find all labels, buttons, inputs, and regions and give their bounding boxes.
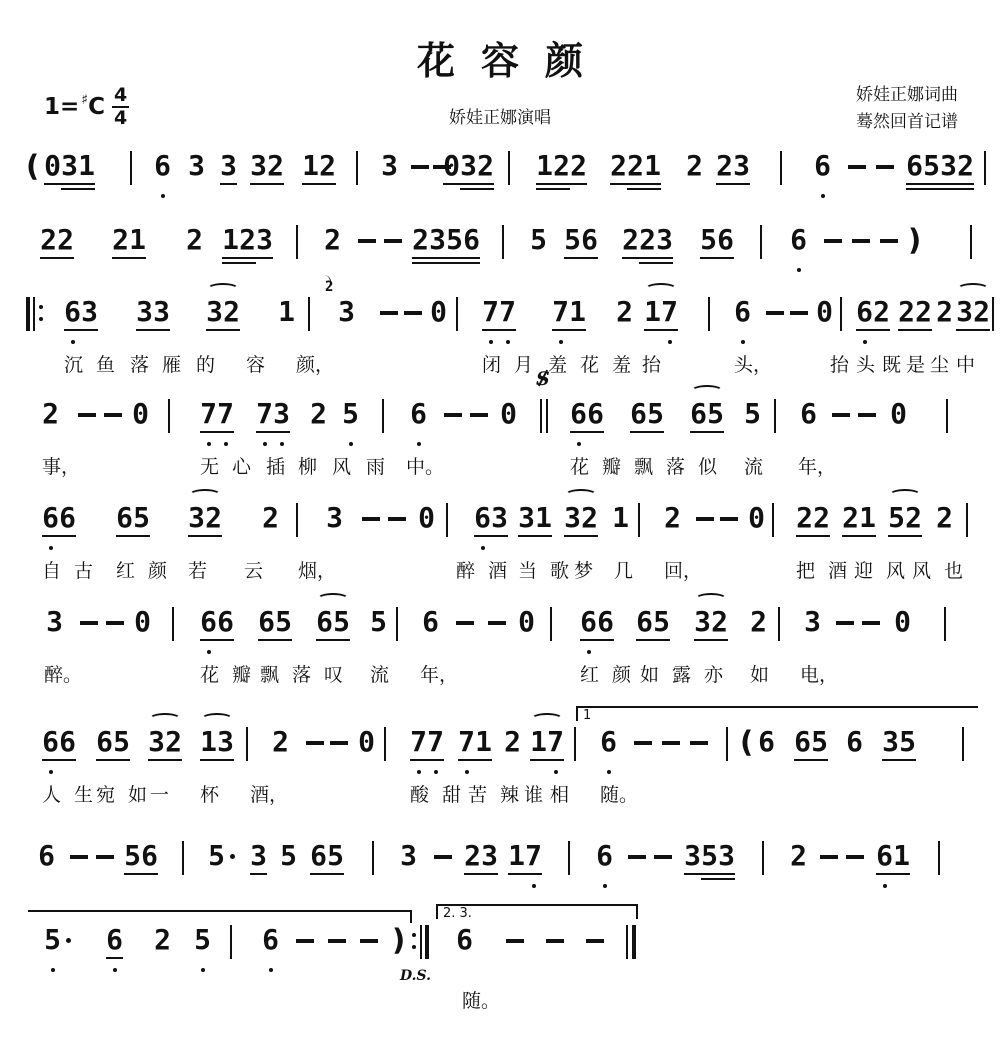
note-digit: 0 (358, 726, 375, 758)
note-digit: 1 (508, 840, 525, 872)
beam-line (256, 431, 290, 433)
note-digit: 6 (906, 150, 923, 182)
lyric-syllable: 年， (798, 452, 836, 479)
note-digit: 0 (500, 398, 517, 430)
note-digit: 3 (136, 296, 153, 328)
dash-stroke (766, 311, 784, 315)
barline-stroke (308, 297, 310, 331)
beam-line (716, 183, 750, 185)
beam-line (564, 535, 598, 537)
beam-line (622, 257, 673, 259)
slur-arc (189, 489, 221, 501)
note-group: 2356 (412, 224, 480, 256)
low-octave-dot (863, 340, 867, 344)
lyric-syllable: 谁 (524, 780, 543, 807)
note-digits: 3 (46, 606, 63, 638)
barline-stroke (246, 727, 248, 761)
dash-stroke (846, 855, 864, 859)
lyric-syllable: 尘 (930, 350, 949, 377)
lyric-syllable: 古 (74, 556, 93, 583)
note-group: 33 (136, 296, 170, 328)
note-digit: 7 (217, 398, 234, 430)
note-digit: 3 (256, 224, 273, 256)
note-digit: 3 (491, 502, 508, 534)
segno-slash (538, 370, 548, 387)
note-digit: 2 (165, 726, 182, 758)
note-digit: 2 (898, 296, 915, 328)
note-group: 32 (694, 606, 728, 638)
note-digits: 5 (744, 398, 761, 430)
note-digits: 2356 (412, 224, 480, 256)
barline-stroke (760, 225, 762, 259)
note-digit: 7 (525, 840, 542, 872)
note-digit: 6 (800, 398, 817, 430)
beam-line (44, 183, 95, 185)
note-digits: 22 (40, 224, 74, 256)
note-digits: 56 (700, 224, 734, 256)
note-digit: 2 (223, 296, 240, 328)
credit-words-music: 娇娃正娜词曲 (856, 82, 958, 109)
note-digit: 2 (570, 150, 587, 182)
note-digits: 63 (64, 296, 98, 328)
note-group: 3 (188, 150, 205, 182)
volta-extension-line (28, 910, 412, 923)
lyric-syllable: 瓣 (232, 660, 251, 687)
note-digit: 0 (132, 398, 149, 430)
note-digit: 2 (553, 150, 570, 182)
lyric-syllable: 飘 (634, 452, 653, 479)
note-digit: 5 (280, 840, 297, 872)
beam-line (536, 183, 587, 185)
dash-stroke (456, 621, 474, 625)
note-digits: 6 (38, 840, 55, 872)
dash-stroke (296, 939, 314, 943)
lyric-syllable: 如 (750, 660, 769, 687)
note-digits: 6 (410, 398, 427, 430)
low-octave-dot (280, 442, 284, 446)
note-group: 21 (112, 224, 146, 256)
low-octave-dot (49, 770, 53, 774)
note-digit: 6 (790, 224, 807, 256)
note-digits: 3 (220, 150, 237, 182)
note-digits: 123 (222, 224, 273, 256)
note-group: 2 (272, 726, 289, 758)
note-digits: 031 (44, 150, 95, 182)
low-octave-dot (741, 340, 745, 344)
note-group: 6 (846, 726, 863, 758)
parenthesis: ( (740, 726, 753, 758)
low-octave-dot (417, 770, 421, 774)
note-digits: 2 (262, 502, 279, 534)
beam-line (116, 535, 150, 537)
note-digit: 5 (124, 840, 141, 872)
beam-line-2 (906, 188, 974, 190)
note-digit: 3 (273, 398, 290, 430)
beam-line (700, 257, 734, 259)
note-digits: 2 (154, 924, 171, 956)
note-digit: 1 (530, 726, 547, 758)
barline-stroke (296, 503, 298, 537)
lyric-syllable: 酒 (488, 556, 507, 583)
note-group: 2 (262, 502, 279, 534)
note-digits: 2 (42, 398, 59, 430)
note-digits: 12 (302, 150, 336, 182)
note-group: 0 (134, 606, 151, 638)
lyric-syllable: 红 (116, 556, 135, 583)
note-digit: 5 (564, 224, 581, 256)
note-digit: 5 (208, 840, 225, 872)
note-digit: 2 (750, 606, 767, 638)
note-group: 0 (430, 296, 447, 328)
note-group: 35 (882, 726, 916, 758)
note-group: 0 (418, 502, 435, 534)
lyric-syllable: 事， (42, 452, 80, 479)
slur-arc (207, 283, 239, 295)
repeat-dot (412, 933, 416, 937)
note-digit: 3 (250, 840, 267, 872)
beam-line (136, 329, 170, 331)
note-digit: 7 (200, 398, 217, 430)
barline-stroke (372, 841, 374, 875)
note-group: 77 (482, 296, 516, 328)
lyric-syllable: 月 (514, 350, 533, 377)
dash-stroke (696, 517, 714, 521)
note-group: 65 (116, 502, 150, 534)
note-group: 21 (842, 502, 876, 534)
note-digit: 3 (733, 150, 750, 182)
note-digits: 1 (612, 502, 629, 534)
credit-transcriber: 蓦然回首记谱 (856, 109, 958, 136)
volta-label: 2. 3. (443, 906, 472, 921)
lyric-syllable: 风 (912, 556, 931, 583)
note-digit: 5 (194, 924, 211, 956)
note-digit: 6 (422, 606, 439, 638)
note-group: 12 (302, 150, 336, 182)
note-digits: 21 (842, 502, 876, 534)
beam-line (458, 759, 492, 761)
note-digits: 32 (564, 502, 598, 534)
dash-stroke (654, 855, 672, 859)
barline-stroke (780, 151, 782, 185)
note-digit: 2 (686, 150, 703, 182)
note-digit: 2 (581, 502, 598, 534)
note-group: 23 (464, 840, 498, 872)
beam-line (222, 257, 273, 259)
note-digits: 77 (410, 726, 444, 758)
note-digit: 2 (790, 840, 807, 872)
note-digit: 2 (796, 502, 813, 534)
ds-marking: D.S. (400, 968, 431, 984)
low-octave-dot (883, 884, 887, 888)
note-group: 6 (600, 726, 617, 758)
barline-stroke (762, 841, 764, 875)
barline-stroke (632, 925, 636, 959)
low-octave-dot (587, 650, 591, 654)
note-digits: 122 (536, 150, 587, 182)
beam-line (474, 535, 508, 537)
lyric-syllable: 红 (580, 660, 599, 687)
lyric-syllable: 流 (370, 660, 389, 687)
note-digit: 6 (597, 606, 614, 638)
low-octave-dot (113, 968, 117, 972)
low-octave-dot (434, 770, 438, 774)
note-digit: 3 (564, 502, 581, 534)
barline-stroke (230, 925, 232, 959)
note-digit: 2 (639, 224, 656, 256)
lyric-syllable: 风 (332, 452, 351, 479)
note-digit: 0 (816, 296, 833, 328)
note-digits: 5 (44, 924, 61, 956)
dash-stroke (362, 517, 380, 521)
barline-stroke (638, 503, 640, 537)
lyric-syllable: 落 (130, 350, 149, 377)
note-digit: 6 (217, 606, 234, 638)
note-digit: 1 (859, 502, 876, 534)
note-group: 2 (504, 726, 521, 758)
paren-glyph: ) (392, 924, 405, 956)
volta-bracket: 1 (576, 706, 978, 721)
slur-arc (957, 283, 989, 295)
lyric-syllable: 花 (580, 350, 599, 377)
note-digit: 2 (627, 150, 644, 182)
dash-stroke (470, 413, 488, 417)
note-digit: 6 (116, 502, 133, 534)
low-octave-dot (481, 546, 485, 550)
note-digits: 66 (42, 726, 76, 758)
lyric-syllable: 落 (292, 660, 311, 687)
note-digits: 32 (206, 296, 240, 328)
note-group: 32 (564, 502, 598, 534)
lyric-syllable: 雨 (366, 452, 385, 479)
paren-glyph: ) (908, 224, 921, 256)
note-digit: 6 (310, 840, 327, 872)
beam-line (552, 329, 586, 331)
beam-line (882, 759, 916, 761)
dash-stroke (384, 239, 402, 243)
note-digit: 5 (707, 398, 724, 430)
note-group: 0 (890, 398, 907, 430)
beam-line (443, 183, 494, 185)
lyric-syllable: 叹 (324, 660, 343, 687)
barline-stroke (168, 399, 170, 433)
slur-arc (645, 283, 677, 295)
note-digits: 0 (518, 606, 535, 638)
beam-line-2 (412, 262, 480, 264)
dash-stroke (628, 855, 646, 859)
dash-stroke (488, 621, 506, 625)
note-digit: 6 (814, 150, 831, 182)
note-digits: 66 (570, 398, 604, 430)
note-digit: 5 (700, 224, 717, 256)
dash-stroke (662, 741, 680, 745)
notation-system: 6665322306331321202221522自古红颜若云烟，醉酒当歌梦几回… (0, 502, 1000, 602)
note-group: 0 (518, 606, 535, 638)
note-digit: 2 (272, 726, 289, 758)
note-digits: 3 (188, 150, 205, 182)
note-digit: 3 (220, 150, 237, 182)
note-group: 65 (794, 726, 828, 758)
low-octave-dot (269, 968, 273, 972)
note-group: 5 (280, 840, 297, 872)
note-digit: 1 (222, 224, 239, 256)
barline-stroke (296, 225, 298, 259)
note-digit: 1 (302, 150, 319, 182)
beam-line (316, 639, 350, 641)
note-group: 66 (42, 726, 76, 758)
barline-stroke (946, 399, 948, 433)
note-digit: 3 (718, 840, 735, 872)
lyric-syllable: 把 (796, 556, 815, 583)
note-digit: 6 (316, 606, 333, 638)
note-digits: 0 (500, 398, 517, 430)
note-group: 32 (338, 296, 355, 328)
note-digit: 5 (327, 840, 344, 872)
beam-line (684, 873, 735, 875)
grace-note: 2 (325, 279, 333, 295)
note-digit: 5 (888, 502, 905, 534)
low-octave-dot (668, 340, 672, 344)
note-group: 2 (936, 296, 953, 328)
note-group: 56 (124, 840, 158, 872)
note-group: 5 (194, 924, 211, 956)
note-group: 6 (814, 150, 831, 182)
note-digit: 3 (481, 840, 498, 872)
note-digit: 3 (148, 726, 165, 758)
barline-stroke (944, 607, 946, 641)
note-digit: 1 (644, 150, 661, 182)
low-octave-dot (532, 884, 536, 888)
note-group: 32 (148, 726, 182, 758)
note-digits: 31 (518, 502, 552, 534)
low-octave-dot (224, 442, 228, 446)
dash-stroke (434, 855, 452, 859)
note-digit: 5 (647, 398, 664, 430)
note-digits: 2 (686, 150, 703, 182)
barline-stroke (33, 297, 35, 331)
note-group: 65 (690, 398, 724, 430)
note-digit: 1 (200, 726, 217, 758)
note-digits: 5 (194, 924, 211, 956)
note-digits: 23 (716, 150, 750, 182)
lyric-syllable: 抬 (830, 350, 849, 377)
note-digit: 1 (129, 224, 146, 256)
note-digit: 0 (894, 606, 911, 638)
note-digits: 77 (200, 398, 234, 430)
lyric-syllable: 瓣 (602, 452, 621, 479)
beam-line (636, 639, 670, 641)
lyric-syllable: 随。 (600, 780, 638, 807)
note-group: 6 (790, 224, 807, 256)
note-digit: 2 (205, 502, 222, 534)
note-group: 0 (500, 398, 517, 430)
note-digit: 3 (61, 150, 78, 182)
grace-slur (321, 275, 331, 289)
beam-line-2 (460, 188, 494, 190)
beam-line (310, 873, 344, 875)
note-digit: 6 (856, 296, 873, 328)
note-digits: 17 (644, 296, 678, 328)
lyric-syllable: 颜， (296, 350, 334, 377)
note-digit: 7 (547, 726, 564, 758)
note-group: 2 (324, 224, 341, 256)
note-digit: 3 (338, 296, 355, 328)
lyric-syllable: 容 (246, 350, 265, 377)
beam-line (906, 183, 974, 185)
lyric-syllable: 杯 (200, 780, 219, 807)
note-digit: 6 (96, 726, 113, 758)
dash-stroke (80, 621, 98, 625)
note-group: 56 (700, 224, 734, 256)
note-group: 23 (716, 150, 750, 182)
note-digit: 7 (458, 726, 475, 758)
repeat-dot (39, 305, 43, 309)
note-digits: 65 (316, 606, 350, 638)
note-digits: 223 (622, 224, 673, 256)
note-digits: 65 (258, 606, 292, 638)
dash-stroke (96, 855, 114, 859)
low-octave-dot (207, 650, 211, 654)
note-digits: 3 (400, 840, 417, 872)
beam-line (200, 759, 234, 761)
barline-stroke (546, 399, 548, 433)
note-group: 73 (256, 398, 290, 430)
note-digits: 6 (262, 924, 279, 956)
note-digit: 6 (690, 398, 707, 430)
note-digit: 2 (716, 150, 733, 182)
note-group: 66 (570, 398, 604, 430)
note-digit: 2 (319, 150, 336, 182)
lyric-syllable: 风 (886, 556, 905, 583)
note-digit: 2 (186, 224, 203, 256)
barline-stroke (708, 297, 710, 331)
note-digit: 6 (410, 398, 427, 430)
note-digit: 0 (518, 606, 535, 638)
note-digits: 32 (188, 502, 222, 534)
beam-line (508, 873, 542, 875)
note-digit: 0 (443, 150, 460, 182)
note-group: 32 (206, 296, 240, 328)
note-digit: 2 (664, 502, 681, 534)
note-group: 123 (222, 224, 273, 256)
beam-line (200, 431, 234, 433)
note-group: 77 (410, 726, 444, 758)
note-group: 0 (894, 606, 911, 638)
note-digit: 1 (278, 296, 295, 328)
lyric-syllable: 羞 (612, 350, 631, 377)
note-digits: 3 (804, 606, 821, 638)
parenthesis: ( (26, 150, 39, 182)
low-octave-dot (821, 194, 825, 198)
note-group: 353 (684, 840, 735, 872)
barline-stroke (382, 399, 384, 433)
note-group: 63 (64, 296, 98, 328)
note-group: 5 (370, 606, 387, 638)
beam-line (564, 257, 598, 259)
barline-stroke (456, 297, 458, 331)
note-digits: 2 (324, 224, 341, 256)
dash-stroke (380, 311, 398, 315)
note-digit: 2 (711, 606, 728, 638)
note-digits: 5 (280, 840, 297, 872)
note-group: 22 (40, 224, 74, 256)
dash-stroke (876, 165, 894, 169)
note-group: 5 (342, 398, 359, 430)
lyric-syllable: 烟， (298, 556, 336, 583)
note-digits: 22 (898, 296, 932, 328)
dash-stroke (104, 413, 122, 417)
note-digit: 1 (893, 840, 910, 872)
lyric-syllable: 鱼 (96, 350, 115, 377)
